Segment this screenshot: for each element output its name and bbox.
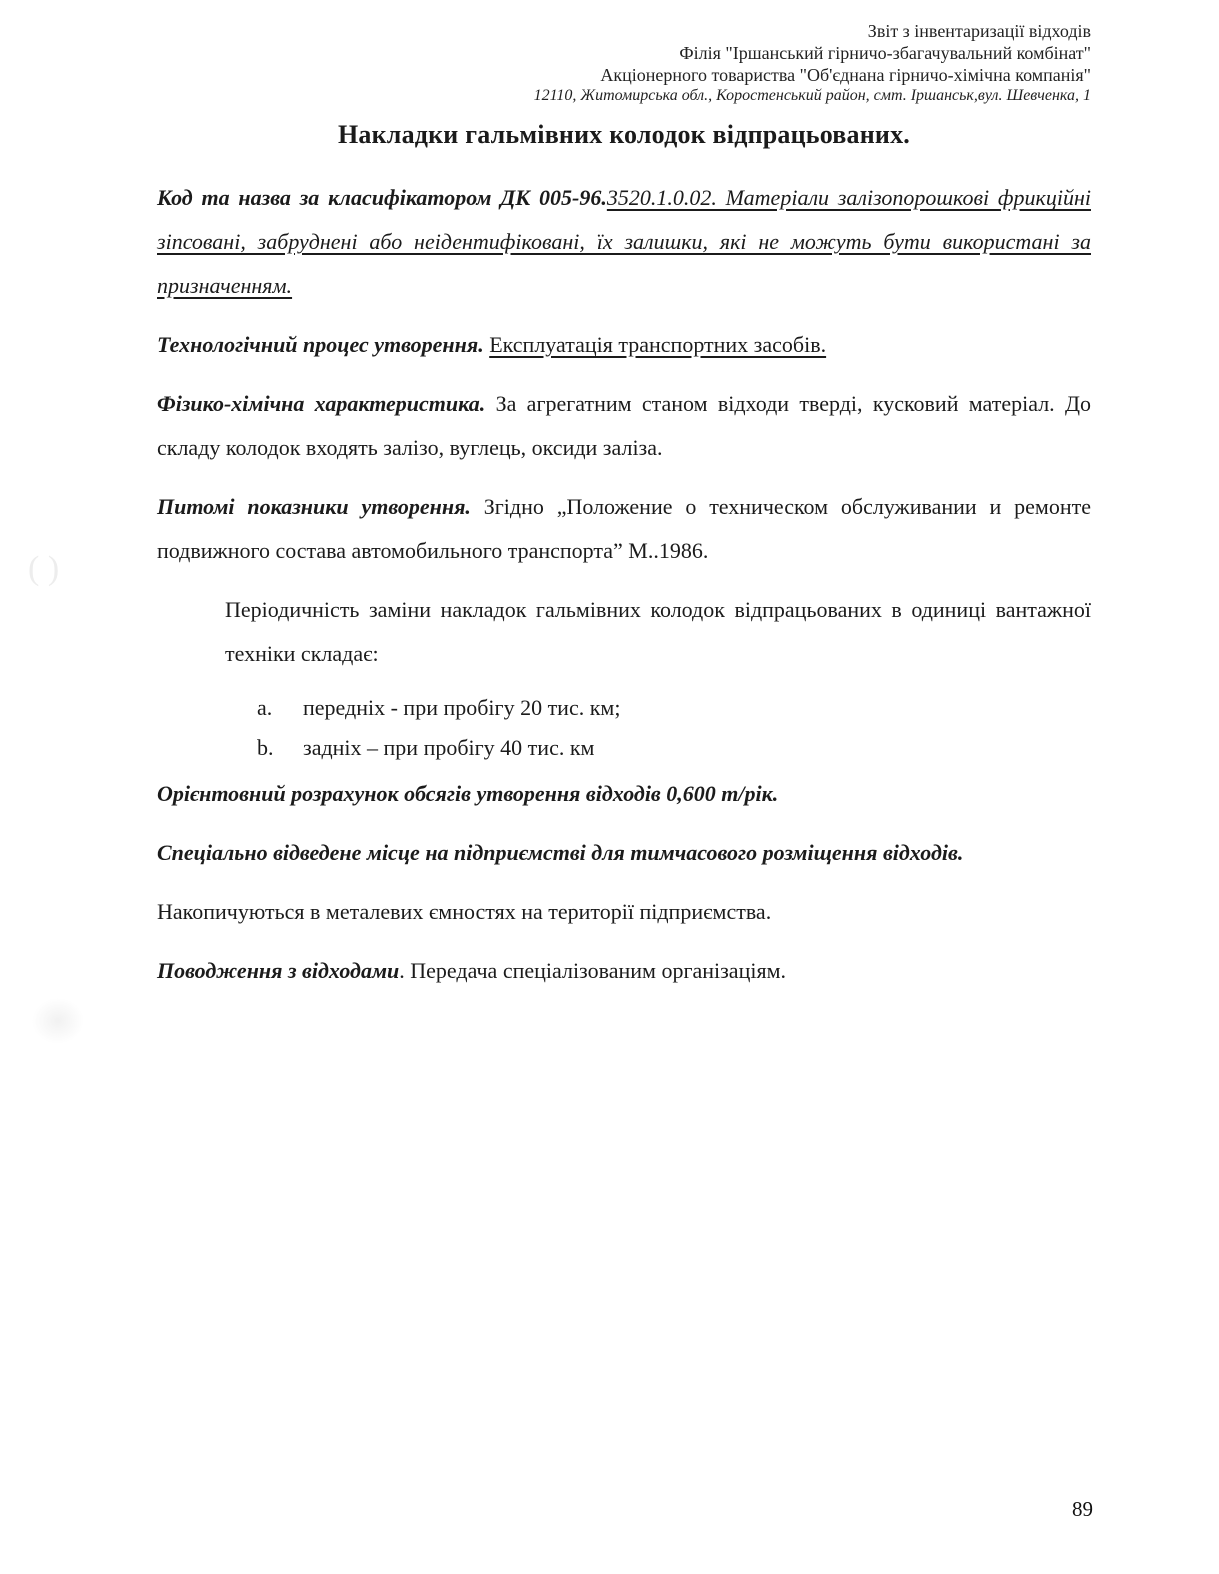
physchem-label: Фізико-хімічна характеристика. xyxy=(157,391,496,416)
document-page: Звіт з інвентаризації відходів Філія "Ір… xyxy=(0,0,1219,1574)
handling-label: Поводження з відходами xyxy=(157,958,399,983)
paragraph-waste-code: Код та назва за класифікатором ДК 005-96… xyxy=(157,176,1091,308)
header-report-title: Звіт з інвентаризації відходів xyxy=(157,20,1091,42)
paragraph-specific-indicators: Питомі показники утворення. Згідно „Поло… xyxy=(157,485,1091,573)
process-label: Технологічний процес утворення. xyxy=(157,332,489,357)
paragraph-process: Технологічний процес утворення. Експлуат… xyxy=(157,323,1091,367)
list-item: a. передніх - при пробігу 20 тис. км; xyxy=(257,688,1091,728)
list-item: b. задніх – при пробігу 40 тис. км xyxy=(257,728,1091,768)
page-title: Накладки гальмівних колодок відпрацьован… xyxy=(157,120,1091,150)
paragraph-physchem: Фізико-хімічна характеристика. За агрега… xyxy=(157,382,1091,470)
header-address: 12110, Житомирська обл., Коростенський р… xyxy=(157,86,1091,106)
paragraph-storage-heading: Спеціально відведене місце на підприємст… xyxy=(157,831,1091,875)
list-text-rear-pads: задніх – при пробігу 40 тис. км xyxy=(303,728,594,768)
list-marker-b: b. xyxy=(257,728,303,768)
replacement-list: a. передніх - при пробігу 20 тис. км; b.… xyxy=(257,688,1091,768)
paragraph-estimate: Орієнтовний розрахунок обсягів утворення… xyxy=(157,772,1091,816)
paragraph-storage-text: Накопичуються в металевих ємностях на те… xyxy=(157,890,1091,934)
specific-indicators-label: Питомі показники утворення. xyxy=(157,494,484,519)
list-marker-a: a. xyxy=(257,688,303,728)
scan-artifact-blob xyxy=(32,998,84,1044)
paragraph-periodicity: Періодичність заміни накладок гальмівних… xyxy=(225,588,1091,676)
page-number: 89 xyxy=(1072,1497,1093,1522)
header-company-name: Акціонерного товариства "Об'єднана гірни… xyxy=(157,64,1091,86)
list-text-front-pads: передніх - при пробігу 20 тис. км; xyxy=(303,688,620,728)
page-content: Звіт з інвентаризації відходів Філія "Ір… xyxy=(0,0,1219,993)
document-header: Звіт з інвентаризації відходів Філія "Ір… xyxy=(157,20,1091,106)
process-value: Експлуатація транспортних засобів. xyxy=(489,332,826,357)
waste-code-label: Код та назва за класифікатором ДК 005-96… xyxy=(157,185,607,210)
paragraph-handling: Поводження з відходами. Передача спеціал… xyxy=(157,949,1091,993)
header-branch-name: Філія "Іршанський гірничо-збагачувальний… xyxy=(157,42,1091,64)
handling-value: . Передача спеціалізованим організаціям. xyxy=(399,958,786,983)
